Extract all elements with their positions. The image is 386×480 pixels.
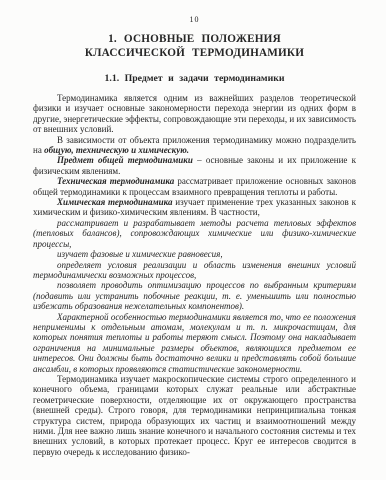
- text-segment: общую, техническую и химическую.: [44, 145, 189, 155]
- chapter-title-line1: 1. ОСНОВНЫЕ ПОЛОЖЕНИЯ: [108, 33, 281, 45]
- text-segment: рассматривает и разрабатывает методы рас…: [33, 218, 356, 249]
- document-page: 10 1. ОСНОВНЫЕ ПОЛОЖЕНИЯКЛАССИЧЕСКОЙ ТЕР…: [0, 0, 386, 480]
- paragraph: Техническая термодинамика рассматривает …: [33, 176, 356, 197]
- text-segment: Предмет общей термодинамики: [57, 155, 193, 165]
- paragraph: Характерной особенностью термодинамики я…: [33, 312, 356, 374]
- page-number: 10: [33, 15, 356, 24]
- chapter-title: 1. ОСНОВНЫЕ ПОЛОЖЕНИЯКЛАССИЧЕСКОЙ ТЕРМОД…: [33, 33, 356, 60]
- chapter-title-line2: КЛАССИЧЕСКОЙ ТЕРМОДИНАМИКИ: [85, 47, 304, 59]
- paragraph: рассматривает и разрабатывает методы рас…: [33, 218, 356, 249]
- paragraph: Термодинамика является одним из важнейши…: [33, 93, 356, 135]
- paragraph: позволяет проводить оптимизацию процессо…: [33, 280, 356, 311]
- text-segment: Характерной особенностью термодинамики я…: [33, 312, 356, 374]
- paragraph: изучает фазовые и химические равновесия,: [33, 249, 356, 259]
- paragraph: Предмет общей термодинамики – основные з…: [33, 155, 356, 176]
- text-segment: изучает фазовые и химические равновесия,: [57, 249, 223, 259]
- text-segment: Техническая термодинамика: [57, 176, 174, 186]
- section-heading: 1.1. Предмет и задачи термодинамики: [33, 73, 356, 84]
- paragraph: Химическая термодинамика изучает примене…: [33, 197, 356, 218]
- text-segment: позволяет проводить оптимизацию процессо…: [33, 280, 356, 311]
- paragraph: В зависимости от объекта приложения терм…: [33, 135, 356, 156]
- text-segment: Термодинамика является одним из важнейши…: [33, 93, 356, 134]
- paragraph: Термодинамика изучает макроскопические с…: [33, 374, 356, 457]
- text-segment: Химическая термодинамика: [57, 197, 173, 207]
- text-segment: Термодинамика изучает макроскопические с…: [33, 374, 356, 457]
- body-paragraphs: Термодинамика является одним из важнейши…: [33, 93, 356, 457]
- paragraph: определяет условия реализации и область …: [33, 260, 356, 281]
- text-segment: определяет условия реализации и область …: [33, 260, 356, 280]
